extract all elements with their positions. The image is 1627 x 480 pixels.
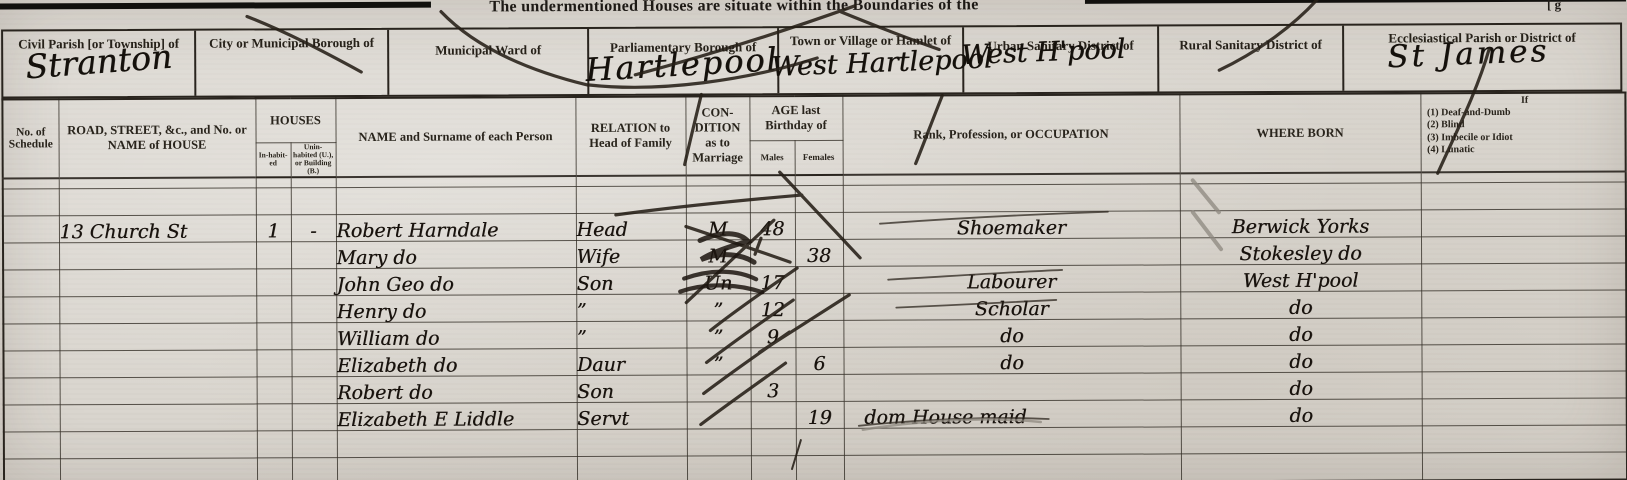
cell-relation: Son (577, 375, 687, 402)
cell-infirmity (1421, 236, 1626, 264)
infirmity-line: (2) Blind (1427, 119, 1623, 132)
cell-inhabited (256, 242, 291, 269)
census-scan-page: The undermentioned Houses are situate wi… (0, 0, 1627, 480)
cell-condition (686, 186, 750, 213)
cell-infirmity (1421, 263, 1626, 291)
cell-where-born (1181, 426, 1422, 454)
cell-inhabited (257, 404, 292, 431)
cell-relation: Servt (577, 402, 687, 429)
cell-inhabited: 1 (256, 215, 291, 242)
cell-inhabited (256, 269, 291, 296)
cell-age-male: 17 (750, 267, 795, 294)
cell-age-male: 48 (750, 213, 795, 240)
cell-uninhabited (292, 377, 337, 404)
cell-uninhabited (291, 296, 336, 323)
handwritten-urban-sanitary: West H'pool (961, 36, 1126, 69)
cell-infirmity (1421, 209, 1626, 237)
cell-occupation: Scholar (843, 292, 1180, 320)
col-header-occupation: Rank, Profession, or OCCUPATION (842, 94, 1179, 174)
cell-name: Robert Harndale (336, 214, 576, 242)
cell-condition (687, 429, 751, 456)
col-header-road: ROAD, STREET, &c., and No. or NAME of HO… (58, 98, 255, 177)
handwritten-parliamentary-borough: Hartlepool (584, 43, 779, 86)
empty-cell (256, 177, 291, 188)
cell-infirmity (1421, 182, 1626, 210)
cell-occupation: Shoemaker (843, 211, 1180, 239)
cell-schedule (3, 216, 59, 243)
cell-name (336, 187, 576, 215)
cell-schedule (4, 459, 60, 480)
cell-infirmity (1422, 452, 1627, 480)
district-cell-municipal-ward: Municipal Ward of (389, 29, 589, 95)
cell-where-born: West H'pool (1180, 264, 1421, 292)
cell-condition: Un (686, 267, 750, 294)
cell-road (60, 458, 257, 480)
cell-uninhabited (292, 404, 337, 431)
cell-occupation (843, 184, 1180, 212)
cell-infirmity (1422, 425, 1627, 453)
cell-age-female (795, 212, 843, 239)
cell-condition: ” (686, 294, 750, 321)
cell-where-born: do (1180, 345, 1421, 373)
cell-age-male (751, 429, 796, 456)
cell-age-male: 12 (750, 294, 795, 321)
cell-condition: ” (686, 321, 750, 348)
col-header-schedule: No. of Schedule (2, 99, 58, 178)
district-label-municipal-borough: City or Municipal Borough of (196, 33, 387, 52)
district-label-municipal-ward: Municipal Ward of (389, 32, 587, 59)
col-header-females: Females (795, 140, 843, 175)
cell-age-female (796, 374, 844, 401)
cell-where-born: Stokesley do (1180, 237, 1421, 265)
infirmity-line: (3) Imbecile or Idiot (1427, 131, 1623, 144)
cell-name (337, 430, 577, 458)
cell-inhabited (256, 188, 291, 215)
cell-occupation: do (843, 319, 1180, 347)
cell-where-born: Berwick Yorks (1180, 210, 1421, 238)
empty-cell (795, 174, 843, 185)
cell-relation (577, 456, 687, 480)
cell-age-male (750, 348, 795, 375)
cell-schedule (3, 243, 59, 270)
table-header-row-1: No. of Schedule ROAD, STREET, &c., and N… (2, 92, 1625, 143)
enumeration-table: No. of Schedule ROAD, STREET, &c., and N… (1, 91, 1627, 480)
cell-age-female: 19 (796, 401, 844, 428)
cell-name: William do (336, 322, 576, 350)
cell-road: 13 Church St (59, 215, 256, 243)
cell-inhabited (257, 431, 292, 458)
cell-schedule (3, 324, 59, 351)
cell-relation: Head (576, 213, 686, 240)
infirmity-line: (1) Deaf-and-Dumb (1427, 107, 1623, 120)
cell-infirmity (1422, 371, 1627, 399)
empty-cell (291, 177, 336, 188)
cell-road (59, 242, 256, 270)
col-header-where-born: WHERE BORN (1179, 93, 1420, 173)
cell-schedule (3, 270, 59, 297)
cell-age-female (796, 455, 844, 480)
cell-name: Robert do (337, 376, 577, 404)
col-header-uninhabited: Unin-habited (U.), or Building (B.) (291, 142, 336, 177)
cell-road (59, 350, 256, 378)
cell-age-male (751, 456, 796, 480)
cell-age-female (795, 293, 843, 320)
cell-schedule (4, 432, 60, 459)
cell-road (59, 323, 256, 351)
cell-uninhabited (292, 458, 337, 480)
cell-schedule (4, 378, 60, 405)
cell-age-female: 6 (795, 347, 843, 374)
cell-schedule (3, 297, 59, 324)
cell-uninhabited (292, 431, 337, 458)
cell-infirmity (1421, 290, 1626, 318)
cell-name (337, 457, 577, 480)
cell-infirmity (1421, 317, 1626, 345)
cell-infirmity (1421, 344, 1626, 372)
cell-occupation: dom House maid (844, 400, 1181, 428)
page-corner-mark: [ g (1547, 0, 1561, 13)
cell-uninhabited (291, 350, 336, 377)
cell-uninhabited (291, 188, 336, 215)
cell-uninhabited (291, 242, 336, 269)
cell-road (60, 431, 257, 459)
cell-occupation (844, 454, 1181, 480)
district-cell-rural-sanitary: Rural Sanitary District of (1159, 26, 1344, 92)
infirmity-line: (4) Lunatic (1427, 143, 1623, 156)
cell-condition (687, 402, 751, 429)
cell-name: Mary do (336, 241, 576, 269)
cell-schedule (3, 189, 59, 216)
infirmity-line: If (1427, 94, 1623, 107)
cell-relation: Daur (576, 348, 686, 375)
census-sheet: The undermentioned Houses are situate wi… (0, 0, 1627, 480)
cell-occupation: do (843, 346, 1180, 374)
empty-cell (686, 175, 750, 186)
district-cell-municipal-borough: City or Municipal Borough of (196, 30, 389, 96)
empty-cell (576, 175, 686, 186)
cell-road (59, 188, 256, 216)
cell-relation (576, 186, 686, 213)
cell-road (60, 404, 257, 432)
cell-name: Elizabeth do (336, 349, 576, 377)
empty-cell (1421, 171, 1626, 183)
cell-where-born: do (1180, 291, 1421, 319)
empty-cell (3, 178, 59, 189)
cell-inhabited (256, 350, 291, 377)
cell-age-male: 9 (750, 321, 795, 348)
cell-where-born (1181, 453, 1422, 480)
cell-name: Henry do (336, 295, 576, 323)
cell-occupation (844, 373, 1181, 401)
cell-uninhabited (291, 323, 336, 350)
cell-age-female (795, 320, 843, 347)
page-title: The undermentioned Houses are situate wi… (0, 0, 1469, 19)
district-label-rural-sanitary: Rural Sanitary District of (1159, 29, 1342, 54)
cell-where-born: do (1181, 372, 1422, 400)
cell-relation: Son (576, 267, 686, 294)
cell-occupation (843, 238, 1180, 266)
cell-inhabited (256, 323, 291, 350)
cell-where-born: do (1180, 318, 1421, 346)
cell-age-male (750, 240, 795, 267)
empty-cell (59, 177, 256, 189)
col-header-age: AGE last Birthday of (749, 96, 842, 140)
cell-name: John Geo do (336, 268, 576, 296)
cell-occupation (844, 427, 1181, 455)
cell-age-male: 3 (751, 375, 796, 402)
col-header-name: NAME and Surname of each Person (335, 97, 575, 177)
col-header-relation: RELATION to Head of Family (575, 97, 685, 176)
cell-schedule (3, 351, 59, 378)
cell-name: Elizabeth E Liddle (337, 403, 577, 431)
cell-condition: ” (686, 348, 750, 375)
cell-where-born: do (1181, 399, 1422, 427)
cell-road (59, 269, 256, 297)
cell-condition: M (686, 240, 750, 267)
cell-road (59, 296, 256, 324)
empty-cell (750, 175, 795, 186)
cell-inhabited (257, 458, 292, 480)
cell-where-born (1180, 183, 1421, 211)
handwritten-civil-parish: Stranton (24, 40, 173, 84)
cell-relation: ” (576, 294, 686, 321)
cell-inhabited (257, 377, 292, 404)
cell-uninhabited (291, 269, 336, 296)
cell-road (60, 377, 257, 405)
cell-relation: ” (576, 321, 686, 348)
cell-uninhabited: - (291, 215, 336, 242)
cell-age-female: 38 (795, 239, 843, 266)
col-header-condition: CON- DITION as to Marriage (685, 96, 749, 175)
cell-condition (687, 375, 751, 402)
col-header-houses: HOUSES (255, 98, 335, 142)
col-header-males: Males (750, 140, 795, 175)
cell-relation: Wife (576, 240, 686, 267)
cell-condition: M (686, 213, 750, 240)
col-header-infirmity: If (1) Deaf-and-Dumb (2) Blind (3) Imbec… (1420, 92, 1625, 171)
cell-inhabited (256, 296, 291, 323)
cell-condition (687, 456, 751, 480)
cell-relation (577, 429, 687, 456)
cell-age-male (751, 402, 796, 429)
cell-schedule (4, 405, 60, 432)
cell-age-female (795, 266, 843, 293)
cell-age-male (750, 186, 795, 213)
cell-age-female (795, 185, 843, 212)
cell-infirmity (1422, 398, 1627, 426)
handwritten-ecclesiastical-parish: St James (1387, 36, 1550, 73)
col-header-inhabited: In-habit-ed (256, 142, 291, 177)
cell-age-female (796, 428, 844, 455)
cell-occupation: Labourer (843, 265, 1180, 293)
